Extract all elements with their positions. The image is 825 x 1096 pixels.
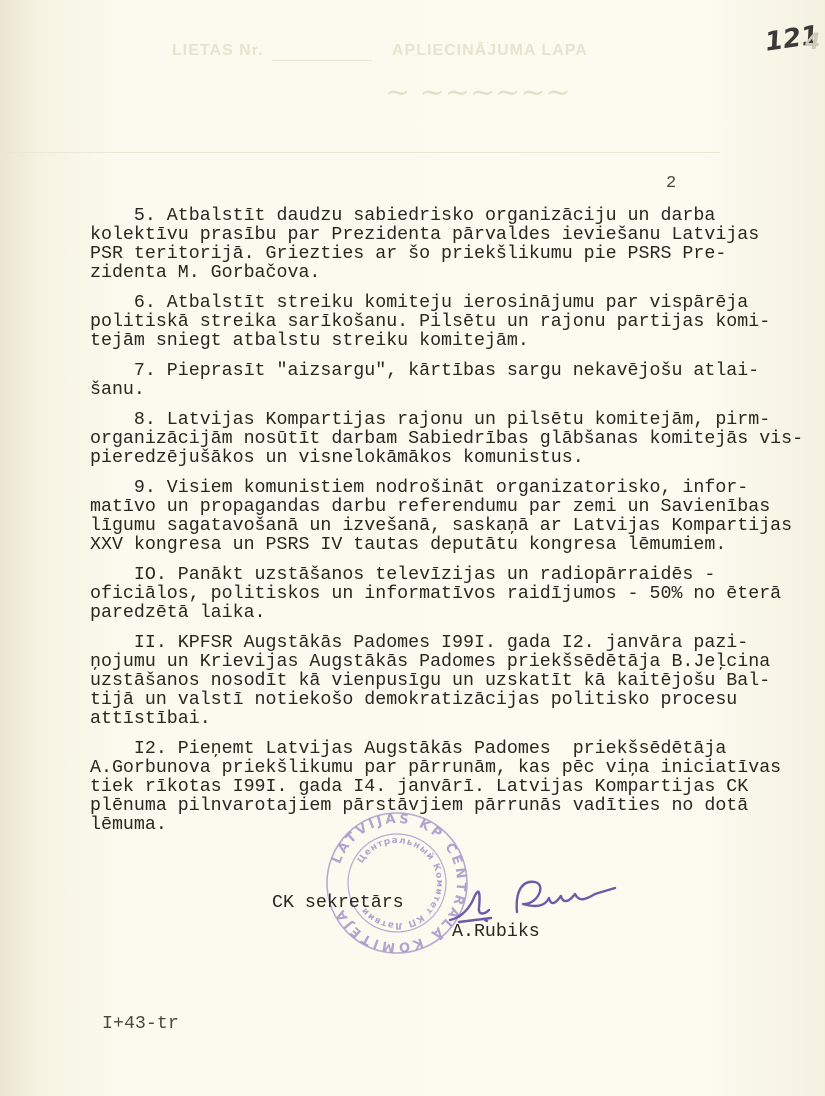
resolution-item-9: 9. Visiem komunistiem nodrošināt organiz… [90, 479, 825, 555]
text-line: IO. Panākt uzstāšanos televīzijas un rad… [90, 566, 825, 585]
text-line: 8. Latvijas Kompartijas rajonu un pilsēt… [90, 411, 825, 430]
text-line: tiek rīkotas I99I. gada I4. janvārī. Lat… [90, 778, 825, 797]
text-line: uzstāšanos nosodīt kā vienpusīgu un uzsk… [90, 672, 825, 691]
text-line: PSR teritorijā. Griezties ar šo priekšli… [90, 245, 825, 264]
text-line: līgumu sagatavošanā un izvešanā, saskaņā… [90, 517, 825, 536]
text-line: politiskā streika sarīkošanu. Pilsētu un… [90, 313, 825, 332]
text-line: ņojumu un Krievijas Augstākās Padomes pr… [90, 653, 825, 672]
reference-code: I+43-tr [102, 1014, 179, 1034]
text-line: matīvo un propagandas darbu referendumu … [90, 498, 825, 517]
text-line: oficiālos, politiskos un informatīvos ra… [90, 585, 825, 604]
stamp-inner-text: Центральный Комитет КП Латвии [356, 836, 444, 930]
text-line: tijā un valstī notiekošo demokratizācija… [90, 691, 825, 710]
text-line: šanu. [90, 381, 825, 400]
page-number: 2 [666, 174, 676, 193]
signatory-name: A.Rubiks [452, 922, 540, 942]
text-line: attīstībai. [90, 710, 825, 729]
text-line: organizācijām nosūtīt darbam Sabiedrības… [90, 430, 825, 449]
text-line: tejām sniegt atbalstu streiku komitejām. [90, 332, 825, 351]
faint-form-header-left: LIETAS Nr. [172, 42, 264, 60]
resolution-item-7: 7. Pieprasīt "aizsargu", kārtības sargu … [90, 362, 825, 400]
text-line: 5. Atbalstīt daudzu sabiedrisko organizā… [90, 207, 825, 226]
faint-form-line [272, 60, 372, 61]
text-line: zidenta M. Gorbačova. [90, 264, 825, 283]
resolution-item-6: 6. Atbalstīt streiku komiteju ierosināju… [90, 294, 825, 351]
text-line: paredzētā laika. [90, 604, 825, 623]
signatory-title: CK sekretārs [272, 893, 404, 913]
text-line: II. KPFSR Augstākās Padomes I99I. gada I… [90, 634, 825, 653]
text-line: 9. Visiem komunistiem nodrošināt organiz… [90, 479, 825, 498]
resolution-item-10: IO. Panākt uzstāšanos televīzijas un rad… [90, 566, 825, 623]
text-line: pieredzējušākos un visnelokāmākos komuni… [90, 449, 825, 468]
handwritten-signature [445, 860, 620, 930]
resolution-item-11: II. KPFSR Augstākās Padomes I99I. gada I… [90, 634, 825, 729]
resolution-body: 5. Atbalstīt daudzu sabiedrisko organizā… [90, 207, 825, 846]
folio-number-faint: 4 [805, 30, 820, 55]
text-line: 6. Atbalstīt streiku komiteju ierosināju… [90, 294, 825, 313]
text-line: 7. Pieprasīt "aizsargu", kārtības sargu … [90, 362, 825, 381]
text-line: XXV kongresa un PSRS IV tautas deputātu … [90, 536, 825, 555]
faint-form-rule [0, 152, 720, 153]
text-line: A.Gorbunova priekšlikumu par pārrunām, k… [90, 759, 825, 778]
resolution-item-5: 5. Atbalstīt daudzu sabiedrisko organizā… [90, 207, 825, 283]
resolution-item-8: 8. Latvijas Kompartijas rajonu un pilsēt… [90, 411, 825, 468]
text-line: kolektīvu prasību par Prezidenta pārvald… [90, 226, 825, 245]
faint-handwriting: ~ ~~~~~~ [385, 75, 571, 110]
text-line: I2. Pieņemt Latvijas Augstākās Padomes p… [90, 740, 825, 759]
faint-form-header-right: APLIECINĀJUMA LAPA [392, 42, 588, 60]
